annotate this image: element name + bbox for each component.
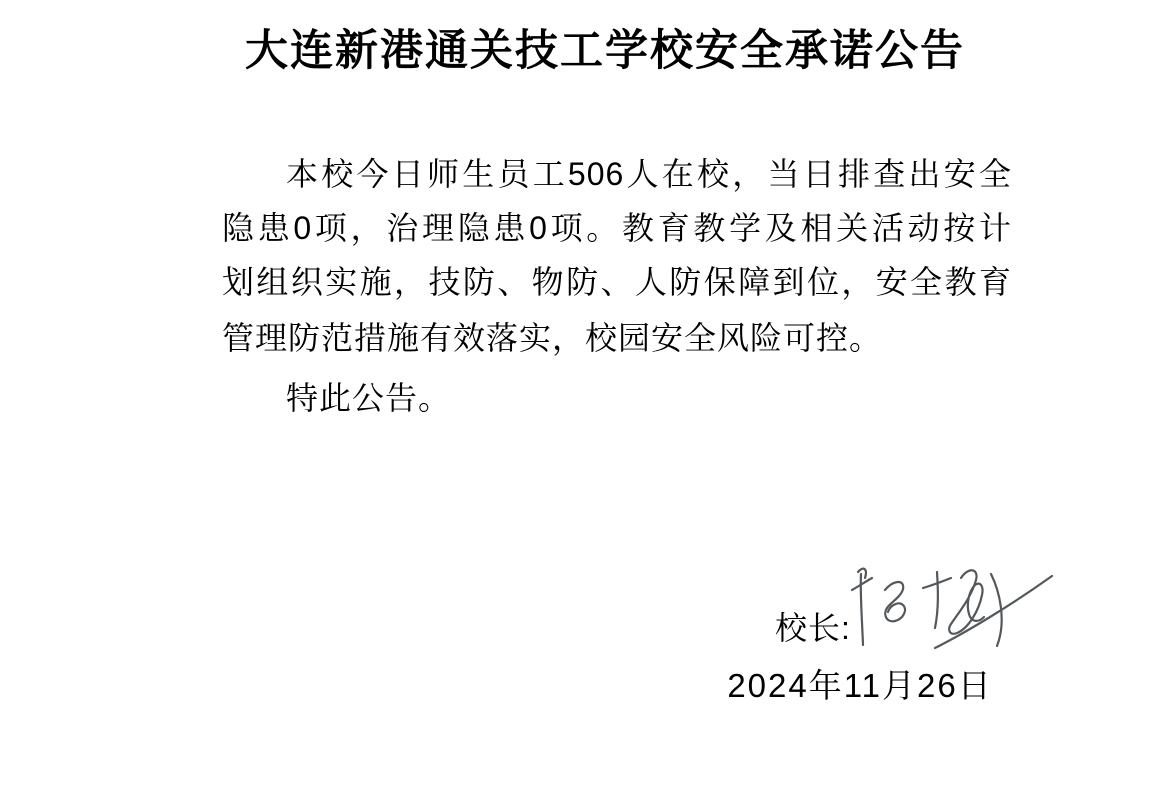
handwritten-signature-icon [845,548,1070,666]
announcement-document: 大连新港通关技工学校安全承诺公告 本校今日师生员工506人在校，当日排查出安全 … [0,0,1170,795]
body-paragraph-line: 本校今日师生员工506人在校，当日排查出安全 [222,147,1012,201]
document-date: 2024年11月26日 [690,666,1030,706]
closing-statement: 特此公告。 [222,371,1012,425]
principal-label: 校长: [775,610,851,646]
body-paragraph-line: 管理防范措施有效落实，校园安全风险可控。 [222,311,1012,365]
signature-strokes [852,569,1052,648]
page-title: 大连新港通关技工学校安全承诺公告 [40,26,1170,76]
body-paragraph-line: 划组织实施，技防、物防、人防保障到位，安全教育 [222,255,1012,309]
body-paragraph-line: 隐患0项，治理隐患0项。教育教学及相关活动按计 [222,201,1012,255]
